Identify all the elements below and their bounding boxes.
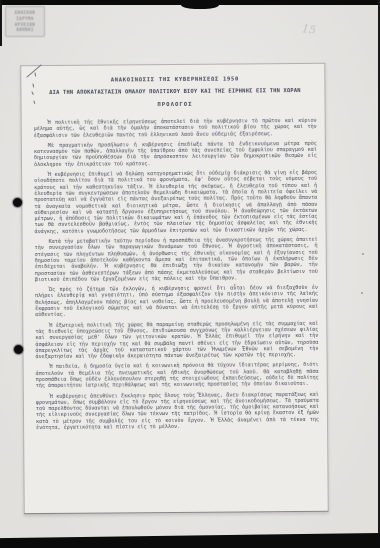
typed-content: ΑΝΑΚΟΙΝΩΣΙΣ ΤΗΣ ΚΥΒΕΡΝΗΣΕΩΣ 1950 ΔΙΑ ΤΗΝ… bbox=[33, 76, 319, 505]
scan-speck bbox=[361, 292, 363, 294]
document-page: ΑΝΑΚΟΙΝΩΣΙΣ ΤΗΣ ΚΥΒΕΡΝΗΣΕΩΣ 1950 ΔΙΑ ΤΗΝ… bbox=[20, 63, 329, 514]
scan-edge-left bbox=[0, 0, 2, 46]
paragraph: Μὲ πραγματικὴν προσήλωσιν ἡ κυβέρνησις ἐ… bbox=[34, 141, 317, 168]
scan-speck bbox=[362, 253, 364, 255]
document-title-line1: ΑΝΑΚΟΙΝΩΣΙΣ ΤΗΣ ΚΥΒΕΡΝΗΣΕΩΣ 1950 bbox=[33, 76, 316, 84]
paragraph: Ὡς πρὸς τὸ ζήτημα τῶν ἐκλογῶν, ἡ κυβέρνη… bbox=[35, 285, 318, 319]
pencil-checkmark bbox=[24, 60, 46, 110]
paragraph: Ἡ παιδεία, ἡ δημοσία ὑγεία καὶ ἡ κοινωνι… bbox=[36, 362, 319, 389]
paragraph: Ἡ κυβέρνησις ἐπιθυμεῖ νὰ δηλώσῃ κατηγορη… bbox=[34, 170, 317, 235]
archive-stamp: ΕΘΝΙΚΟΝ ΙΔΡΥΜΑ ΑΡΧΕΙΩΝ ΑΘΗΝΑΙ bbox=[5, 6, 45, 37]
paragraph: Ἡ ἐξωτερικὴ πολιτικὴ τῆς χώρας θὰ παραμε… bbox=[35, 320, 318, 360]
handwritten-page-number: 15 bbox=[301, 22, 316, 37]
hole-punch-bottom bbox=[14, 345, 23, 354]
document-body: Ἡ πολιτικὴ τῆς ἐθνικῆς εἰρηνεύσεως ἀποτε… bbox=[34, 118, 319, 432]
scan-edge-bottom bbox=[0, 532, 380, 548]
scan-edge-blob bbox=[181, 0, 219, 9]
scanned-document-photo: ΕΘΝΙΚΟΝ ΙΔΡΥΜΑ ΑΡΧΕΙΩΝ ΑΘΗΝΑΙ 15 ΑΝΑΚΟΙΝ… bbox=[0, 0, 380, 548]
paragraph: Κατὰ τὴν μεταβατικὴν ταύτην περίοδον ἡ π… bbox=[35, 237, 318, 283]
section-heading: ΠΡΟΛΟΓΟΣ bbox=[34, 101, 317, 109]
hole-punch-top bbox=[13, 198, 22, 207]
paragraph: Ἡ κυβέρνησις ἀπευθύνει ἔκκλησιν πρὸς ὅλο… bbox=[36, 391, 319, 431]
paragraph: Ἡ πολιτικὴ τῆς ἐθνικῆς εἰρηνεύσεως ἀποτε… bbox=[34, 118, 317, 139]
stamp-text: ΑΘΗΝΑΙ bbox=[5, 27, 45, 33]
document-title-line2: ΔΙΑ ΤΗΝ ΑΠΟΚΑΤΑΣΤΑΣΙΝ ΟΜΑΛΟΥ ΠΟΛΙΤΙΚΟΥ Β… bbox=[33, 88, 316, 96]
